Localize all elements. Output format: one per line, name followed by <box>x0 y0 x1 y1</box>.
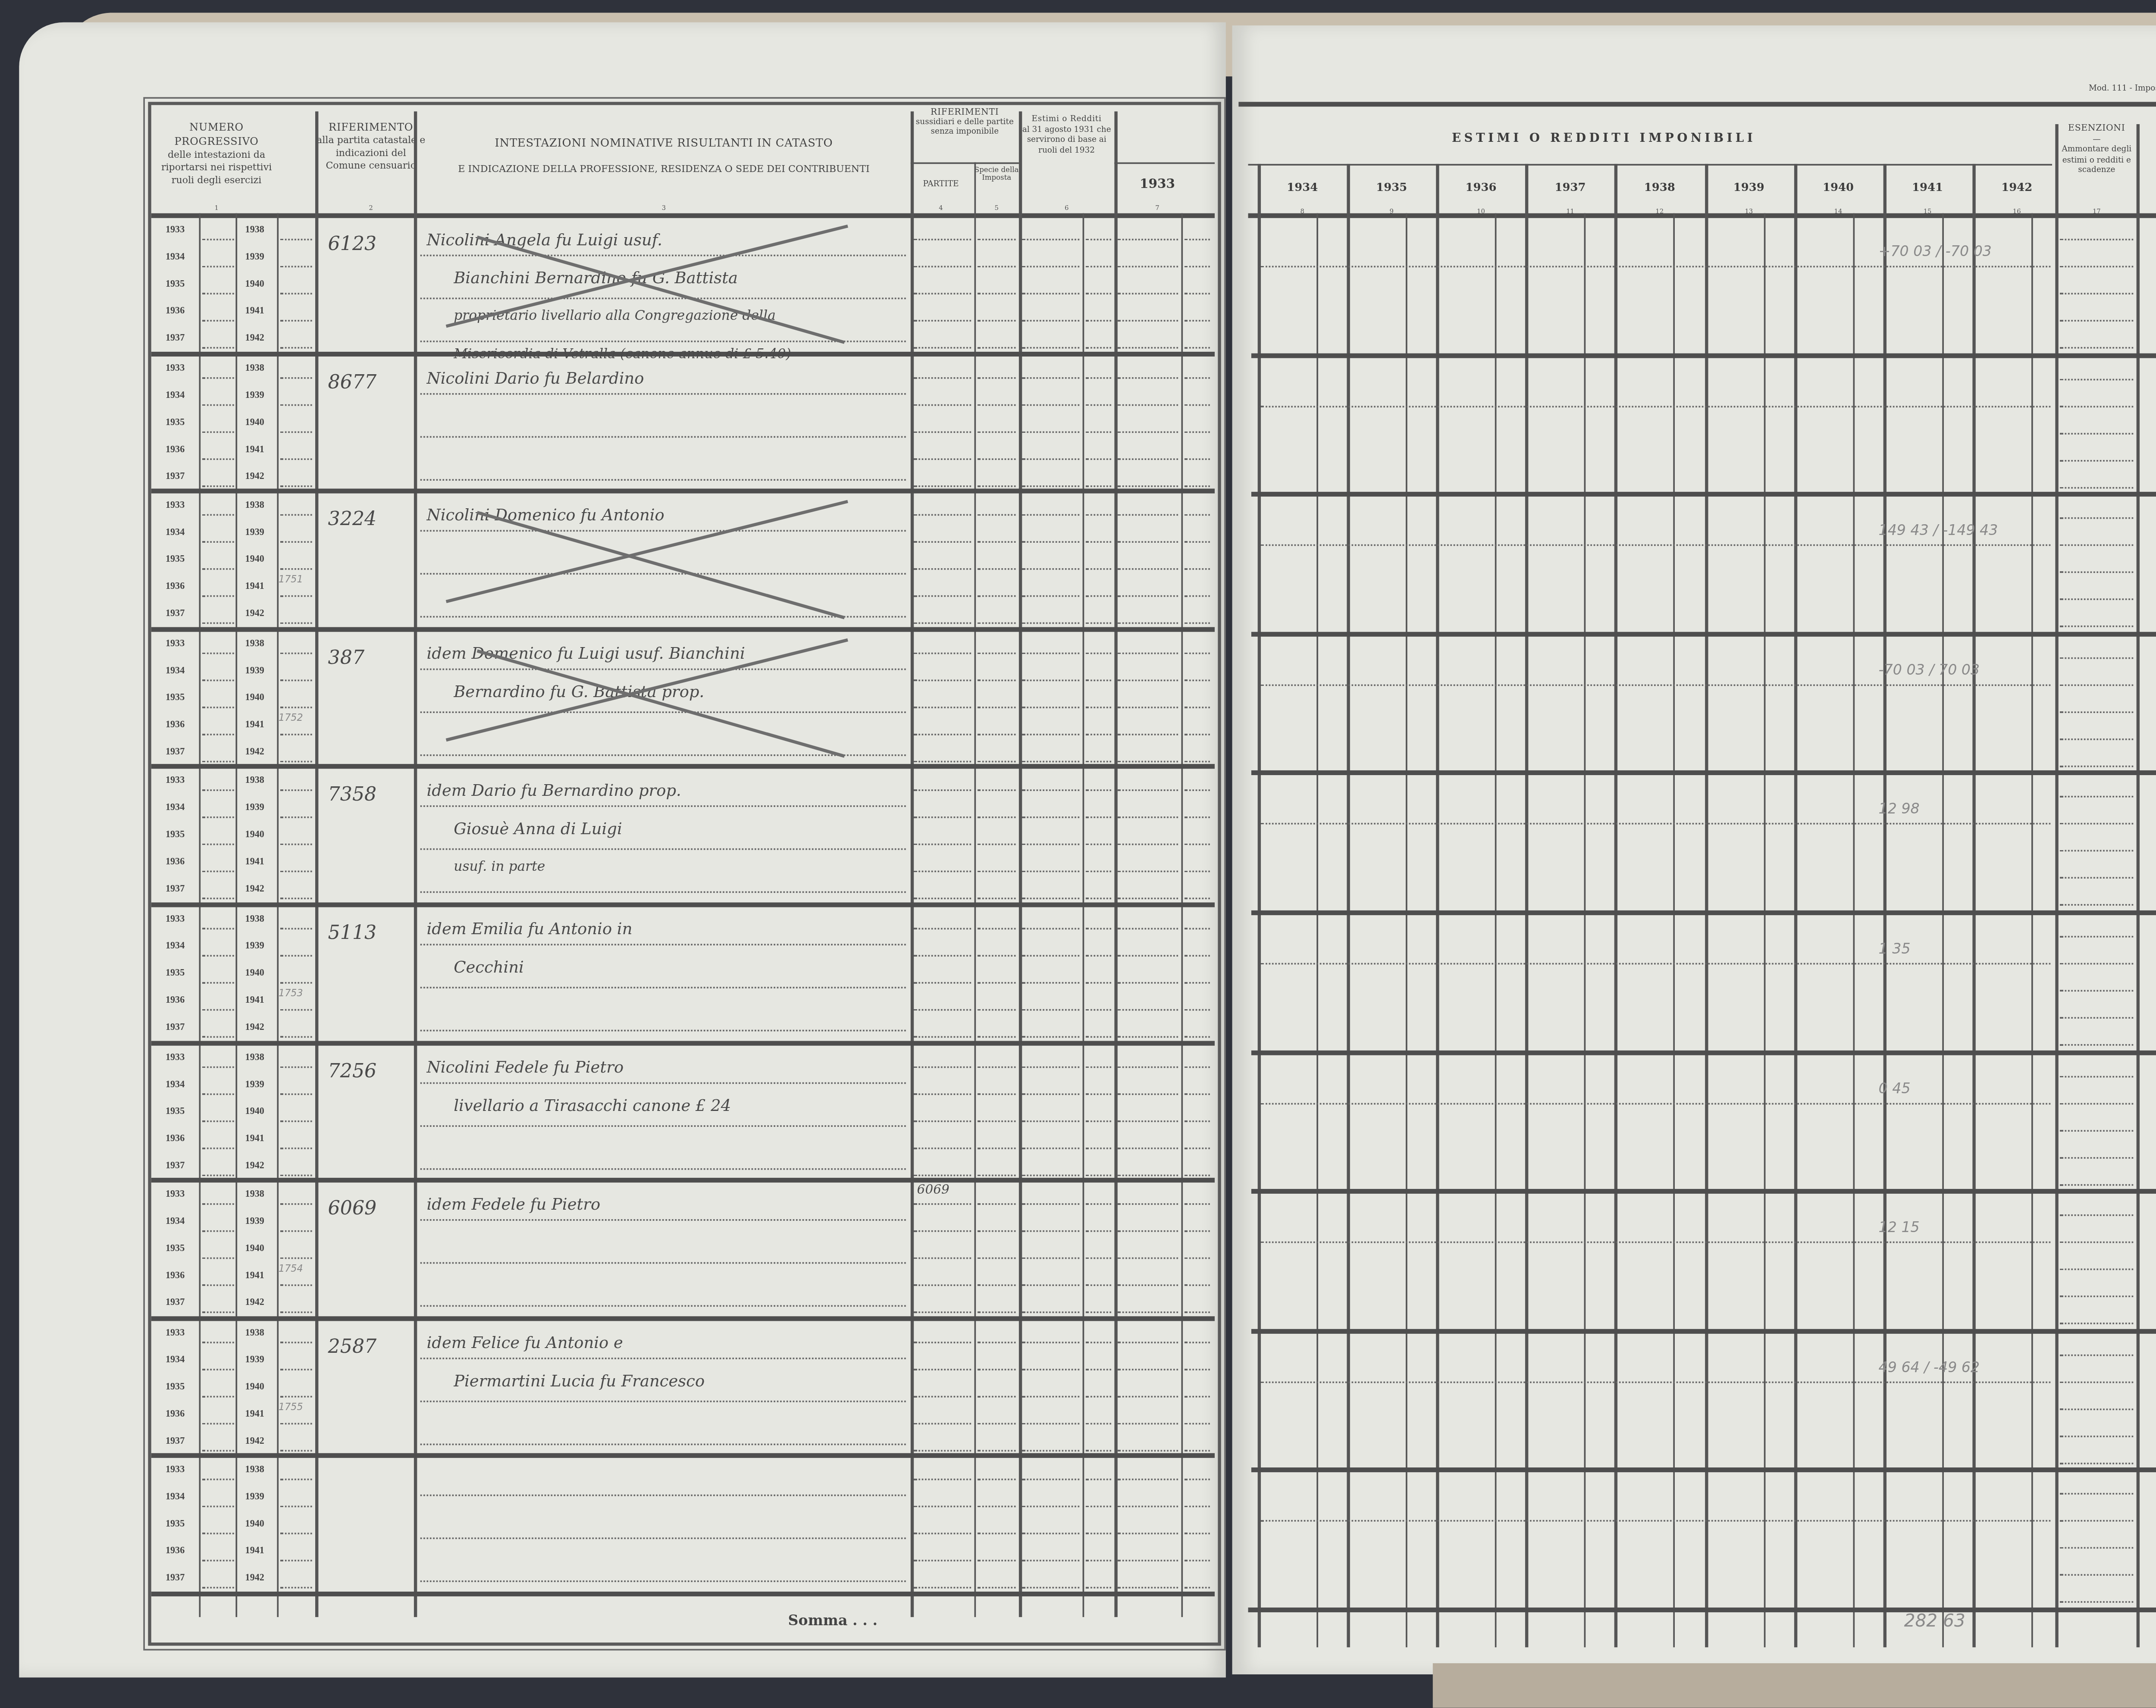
year-label: 1941 <box>245 1410 264 1419</box>
year-label: 1935 <box>166 418 185 427</box>
dotted-line <box>1086 817 1111 819</box>
header-mid-rule <box>911 163 1019 164</box>
dotted-line <box>1185 458 1210 460</box>
col-divider <box>1083 213 1084 1617</box>
year-label: 1942 <box>245 885 264 895</box>
dotted-line <box>280 1368 312 1370</box>
dotted-line <box>1118 1561 1178 1562</box>
dotted-line <box>1185 898 1210 900</box>
col-no-4: 4 <box>911 204 971 212</box>
dotted-line <box>2060 1017 2133 1019</box>
partita-number: 7358 <box>328 784 377 806</box>
name-line <box>420 1538 906 1540</box>
cents-divider <box>2031 213 2033 1647</box>
dotted-line <box>914 1174 971 1176</box>
dotted-line <box>1086 1066 1111 1067</box>
dotted-line <box>202 1204 234 1205</box>
header-year-1934: 1934 <box>1258 180 1347 194</box>
year-label: 1936 <box>166 996 185 1006</box>
name-line <box>420 1167 906 1169</box>
partita-number: 8677 <box>328 370 377 393</box>
year-label: 1941 <box>245 721 264 730</box>
dotted-line <box>1086 458 1111 460</box>
dotted-line <box>978 1506 1016 1508</box>
dotted-line <box>1185 1561 1210 1562</box>
dotted-line <box>202 347 234 349</box>
dotted-line <box>1185 982 1210 984</box>
col-no-3: 3 <box>417 204 911 212</box>
dotted-line <box>280 760 312 762</box>
dotted-line <box>2060 765 2133 767</box>
intestazione-line: Bernardino fu G. Battista prop. <box>454 684 704 702</box>
dotted-line <box>202 431 234 432</box>
entry-rule <box>1251 492 2156 497</box>
year-label: 1933 <box>166 639 185 649</box>
dotted-line <box>914 817 971 819</box>
year-label: 1936 <box>166 307 185 317</box>
dotted-line <box>2060 572 2133 573</box>
dotted-line <box>1118 871 1178 873</box>
dotted-line <box>978 431 1016 432</box>
dotted-line <box>914 347 971 349</box>
dotted-line <box>2060 878 2133 879</box>
dotted-line <box>202 982 234 984</box>
dotted-line <box>1118 1450 1178 1451</box>
dotted-line <box>202 1066 234 1067</box>
header-intestazioni: INTESTAZIONI NOMINATIVE RISULTANTI IN CA… <box>417 137 911 177</box>
dotted-line <box>1185 1342 1210 1343</box>
dotted-line <box>1118 1147 1178 1148</box>
dotted-line <box>978 1147 1016 1148</box>
name-line <box>420 1581 906 1583</box>
year-label: 1940 <box>245 1383 264 1392</box>
entry-rule <box>1251 632 2156 636</box>
dotted-line <box>914 1312 971 1314</box>
year-label: 1938 <box>245 915 264 925</box>
dotted-line <box>1185 733 1210 735</box>
dotted-line <box>202 871 234 873</box>
dotted-line <box>2060 405 2133 407</box>
bottom-fabric <box>1433 1663 2156 1708</box>
dotted-line <box>1086 760 1111 762</box>
dotted-line <box>1185 1120 1210 1122</box>
amount-line <box>1261 544 2050 546</box>
dotted-line <box>1185 1147 1210 1148</box>
dotted-line <box>1185 485 1210 487</box>
partite-ref: 6069 <box>917 1183 950 1197</box>
dotted-line <box>2060 599 2133 601</box>
year-divider <box>1436 164 1439 1647</box>
dotted-line <box>914 1423 971 1424</box>
dotted-line <box>202 898 234 900</box>
dotted-line <box>914 982 971 984</box>
dotted-line <box>1022 844 1079 846</box>
dotted-line <box>2060 1548 2133 1549</box>
dotted-line <box>1086 1450 1111 1451</box>
dotted-line <box>914 266 971 268</box>
intestazione-line: Nicolini Domenico fu Antonio <box>426 508 664 526</box>
dotted-line <box>202 1395 234 1397</box>
dotted-line <box>280 1147 312 1148</box>
year-label: 1942 <box>245 1437 264 1446</box>
dotted-line <box>914 1533 971 1535</box>
dotted-line <box>914 239 971 241</box>
dotted-line <box>202 293 234 294</box>
header-rule <box>151 213 1215 218</box>
dotted-line <box>1185 844 1210 846</box>
dotted-line <box>1118 790 1178 792</box>
dotted-line <box>202 1093 234 1095</box>
dotted-line <box>1118 733 1178 735</box>
dotted-line <box>1086 706 1111 708</box>
intestazione-line: Giosuè Anna di Luigi <box>454 822 622 840</box>
dotted-line <box>280 1120 312 1122</box>
entry-rule <box>1251 353 2156 357</box>
partita-number: 6069 <box>328 1197 377 1220</box>
year-label: 1937 <box>166 1299 185 1308</box>
dotted-line <box>978 404 1016 405</box>
dotted-line <box>1118 377 1178 379</box>
dotted-line <box>2060 904 2133 906</box>
intestazione-line: usuf. in parte <box>454 860 545 876</box>
year-label: 1942 <box>245 748 264 757</box>
dotted-line <box>1118 1258 1178 1259</box>
dotted-line <box>1022 871 1079 873</box>
dotted-line <box>2060 486 2133 488</box>
dotted-line <box>280 1395 312 1397</box>
dotted-line <box>202 320 234 322</box>
year-label: 1936 <box>166 858 185 868</box>
dotted-line <box>1022 320 1079 322</box>
dotted-line <box>978 1174 1016 1176</box>
dotted-line <box>1185 790 1210 792</box>
dotted-line <box>1185 760 1210 762</box>
dotted-line <box>978 955 1016 957</box>
dotted-line <box>2060 1044 2133 1046</box>
dotted-line <box>1086 377 1111 379</box>
dotted-line <box>2060 1494 2133 1495</box>
col-no: 13 <box>1704 207 1793 215</box>
year-label: 1934 <box>166 1356 185 1365</box>
col-divider <box>199 213 201 1617</box>
dotted-line <box>202 1587 234 1589</box>
intestazione-line: Nicolini Angela fu Luigi usuf. <box>426 232 662 250</box>
year-label: 1940 <box>245 832 264 841</box>
header-title: RIFERIMENTI <box>931 108 999 118</box>
dotted-line <box>280 1450 312 1451</box>
amount-line <box>1261 684 2050 686</box>
dotted-line <box>978 320 1016 322</box>
dotted-line <box>2060 1520 2133 1522</box>
dotted-line <box>978 1368 1016 1370</box>
dotted-line <box>1118 1036 1178 1038</box>
dotted-line <box>1086 1231 1111 1233</box>
year-label: 1937 <box>166 1161 185 1171</box>
dotted-line <box>202 955 234 957</box>
dotted-line <box>914 706 971 708</box>
dotted-line <box>280 541 312 543</box>
dotted-line <box>1086 928 1111 929</box>
year-label: 1933 <box>166 1191 185 1200</box>
dotted-line <box>1118 514 1178 516</box>
dotted-line <box>202 404 234 405</box>
year-label: 1942 <box>245 1161 264 1171</box>
dotted-line <box>2060 1381 2133 1383</box>
dotted-line <box>1086 982 1111 984</box>
dotted-line <box>914 1450 971 1451</box>
dotted-line <box>1022 733 1079 735</box>
dotted-line <box>978 541 1016 543</box>
dotted-line <box>1118 1066 1178 1067</box>
dotted-line <box>1086 1093 1111 1095</box>
dotted-line <box>202 1423 234 1424</box>
col-no: 15 <box>1883 207 1972 215</box>
dotted-line <box>914 760 971 762</box>
year-label: 1940 <box>245 1520 264 1530</box>
dotted-line <box>978 623 1016 624</box>
year-label: 1935 <box>166 1520 185 1530</box>
header-year-1936: 1936 <box>1436 180 1526 194</box>
year-label: 1940 <box>245 694 264 703</box>
dotted-line <box>1118 1342 1178 1343</box>
progressive-number: 1753 <box>279 989 303 1000</box>
col-divider <box>235 213 237 1617</box>
header-year-1937: 1937 <box>1526 180 1615 194</box>
name-line <box>420 1443 906 1445</box>
dotted-line <box>978 817 1016 819</box>
dotted-line <box>1086 844 1111 846</box>
dotted-line <box>1185 871 1210 873</box>
col-no: 9 <box>1347 207 1436 215</box>
dotted-line <box>202 1120 234 1122</box>
dotted-line <box>978 706 1016 708</box>
dotted-line <box>1185 652 1210 654</box>
intestazione-line: idem Felice fu Antonio e <box>426 1335 623 1353</box>
year-label: 1935 <box>166 1107 185 1117</box>
dotted-line <box>1118 1479 1178 1481</box>
year-label: 1933 <box>166 226 185 235</box>
dotted-line <box>1022 955 1079 957</box>
dotted-line <box>978 1342 1016 1343</box>
cents-divider <box>1495 213 1497 1647</box>
header-estimi-1931: Estimi o Redditi al 31 agosto 1931 che s… <box>1019 115 1115 156</box>
col-no: 14 <box>1793 207 1883 215</box>
dotted-line <box>1118 404 1178 405</box>
header-sub: al 31 agosto 1931 che servirono di base … <box>1022 125 1111 155</box>
dotted-line <box>1185 1285 1210 1286</box>
dotted-line <box>1118 817 1178 819</box>
dotted-line <box>1185 1395 1210 1397</box>
header-esenzioni: ESENZIONI— Ammontare degli estimi o redd… <box>2057 124 2137 176</box>
dotted-line <box>978 679 1016 681</box>
name-line <box>420 711 906 713</box>
dotted-line <box>280 1204 312 1205</box>
dotted-line <box>1185 1479 1210 1481</box>
dotted-line <box>978 1120 1016 1122</box>
partita-number: 6123 <box>328 232 377 255</box>
year-label: 1934 <box>166 391 185 400</box>
year-label: 1935 <box>166 556 185 565</box>
dotted-line <box>202 706 234 708</box>
dotted-line <box>1022 239 1079 241</box>
dotted-line <box>978 1533 1016 1535</box>
dotted-line <box>280 1231 312 1233</box>
entry-rule <box>1251 1329 2156 1333</box>
intestazione-line: idem Dario fu Bernardino prop. <box>426 784 681 801</box>
dotted-line <box>914 1368 971 1370</box>
dotted-line <box>1185 1533 1210 1535</box>
year-label: 1937 <box>166 885 185 895</box>
name-line <box>420 754 906 756</box>
header-sub: delle intestazioni da riportarsi nei ris… <box>161 150 272 186</box>
dotted-line <box>1086 652 1111 654</box>
dotted-line <box>1086 871 1111 873</box>
dotted-line <box>914 733 971 735</box>
dotted-line <box>914 928 971 929</box>
dotted-line <box>1022 1009 1079 1011</box>
year-label: 1934 <box>166 804 185 814</box>
year-label: 1942 <box>245 610 264 619</box>
dotted-line <box>2060 796 2133 798</box>
dotted-line <box>2060 1462 2133 1464</box>
dotted-line <box>202 733 234 735</box>
dotted-line <box>1022 1258 1079 1259</box>
year-label: 1934 <box>166 942 185 952</box>
dotted-line <box>978 514 1016 516</box>
dotted-line <box>978 1066 1016 1067</box>
dotted-line <box>1022 1423 1079 1424</box>
header-specie: Specie della Imposta <box>975 167 1019 183</box>
dotted-line <box>280 1285 312 1286</box>
year-divider <box>1972 164 1975 1647</box>
dotted-line <box>1086 1204 1111 1205</box>
year-label: 1936 <box>166 445 185 454</box>
dotted-line <box>1022 596 1079 597</box>
dotted-line <box>2060 1602 2133 1604</box>
dotted-line <box>1022 485 1079 487</box>
dotted-line <box>1086 239 1111 241</box>
dotted-line <box>280 955 312 957</box>
dotted-line <box>914 623 971 624</box>
dotted-line <box>1086 1561 1111 1562</box>
dotted-line <box>1118 1423 1178 1424</box>
dotted-line <box>978 1587 1016 1589</box>
dotted-line <box>1185 1423 1210 1424</box>
dotted-line <box>1022 817 1079 819</box>
header-sub: E INDICAZIONE DELLA PROFESSIONE, RESIDEN… <box>458 164 869 175</box>
dotted-line <box>202 928 234 929</box>
dotted-line <box>202 1533 234 1535</box>
col-no: 16 <box>1972 207 2062 215</box>
name-line <box>420 616 906 618</box>
dotted-line <box>1118 1204 1178 1205</box>
dotted-line <box>280 1342 312 1343</box>
partita-number: 5113 <box>328 922 377 944</box>
name-line <box>420 987 906 989</box>
cents-divider <box>1852 213 1854 1647</box>
dotted-line <box>2060 1157 2133 1158</box>
dotted-line <box>914 844 971 846</box>
dotted-line <box>978 790 1016 792</box>
year-label: 1942 <box>245 334 264 344</box>
year-label: 1937 <box>166 1437 185 1446</box>
header-title: RIFERIMENTO <box>329 121 413 134</box>
dotted-line <box>1086 1479 1111 1481</box>
dotted-line <box>280 982 312 984</box>
year-label: 1940 <box>245 1245 264 1254</box>
dotted-line <box>1118 569 1178 570</box>
year-label: 1934 <box>166 1494 185 1503</box>
dotted-line <box>1022 514 1079 516</box>
dotted-line <box>1022 347 1079 349</box>
year-label: 1938 <box>245 777 264 787</box>
dotted-line <box>1185 596 1210 597</box>
dotted-line <box>914 431 971 432</box>
dotted-line <box>1086 1342 1111 1343</box>
dotted-line <box>280 1506 312 1508</box>
dotted-line <box>914 377 971 379</box>
header-title: NUMERO PROGRESSIVO <box>174 121 258 148</box>
dotted-line <box>1022 1479 1079 1481</box>
dotted-line <box>202 514 234 516</box>
dotted-line <box>280 1533 312 1535</box>
dotted-line <box>280 1312 312 1314</box>
dotted-line <box>1086 1147 1111 1148</box>
dotted-line <box>914 1036 971 1038</box>
year-label: 1938 <box>245 1329 264 1338</box>
year-label: 1933 <box>166 502 185 511</box>
header-sub: alla partita catastale e indicazioni del… <box>317 135 425 172</box>
dotted-line <box>1086 898 1111 900</box>
header-numero-progressivo: NUMERO PROGRESSIVO delle intestazioni da… <box>153 121 280 188</box>
dotted-line <box>978 1312 1016 1314</box>
dotted-line <box>1022 1587 1079 1589</box>
dotted-line <box>1185 928 1210 929</box>
dotted-line <box>2060 378 2133 380</box>
amount-line <box>1261 1381 2050 1383</box>
dotted-line <box>2060 851 2133 852</box>
dotted-line <box>914 1009 971 1011</box>
year-label: 1942 <box>245 1023 264 1033</box>
name-line <box>420 1358 906 1359</box>
dotted-line <box>280 733 312 735</box>
dotted-line <box>914 514 971 516</box>
dotted-line <box>2060 711 2133 713</box>
dotted-line <box>202 266 234 268</box>
year-label: 1941 <box>245 445 264 454</box>
intestazione-line: Cecchini <box>454 960 524 977</box>
year-label: 1935 <box>166 1383 185 1392</box>
dotted-line <box>1118 760 1178 762</box>
dotted-line <box>280 817 312 819</box>
year-label: 1939 <box>245 253 264 263</box>
dotted-line <box>1086 514 1111 516</box>
dotted-line <box>978 347 1016 349</box>
dotted-line <box>202 790 234 792</box>
dotted-line <box>202 1009 234 1011</box>
dotted-line <box>202 817 234 819</box>
dotted-line <box>914 1506 971 1508</box>
year-label: 1936 <box>166 583 185 592</box>
col-no-17: 17 <box>2057 207 2137 215</box>
amount-line <box>1261 1520 2050 1522</box>
amount-line <box>1261 1242 2050 1243</box>
dotted-line <box>202 1312 234 1314</box>
dotted-line <box>914 1479 971 1481</box>
header-title: INTESTAZIONI NOMINATIVE RISULTANTI IN CA… <box>495 137 833 150</box>
intestazione-line: idem Domenico fu Luigi usuf. Bianchini <box>426 646 745 663</box>
dotted-line <box>914 293 971 294</box>
